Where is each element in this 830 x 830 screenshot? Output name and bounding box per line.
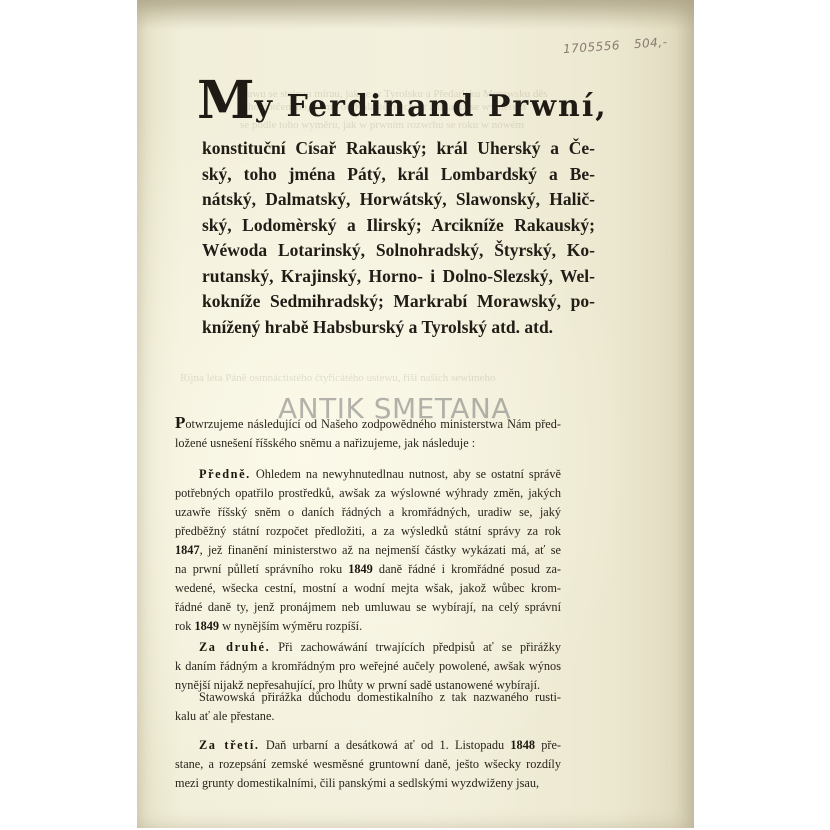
intro-line: ložené usnešení říšského sněmu a nařizuj… — [175, 434, 561, 453]
intro-line: Potwrzujeme následující od Našeho zodpow… — [175, 413, 561, 434]
titles-line: kokníže Sedmihradský; Markrabí Morawský,… — [202, 289, 595, 315]
titles-line: nátský, Dalmatský, Horwátský, Slawonský,… — [202, 187, 595, 213]
lead-initial: P — [175, 413, 185, 432]
paragraph-line: předběžný státní rozpočet předložiti, a … — [175, 522, 561, 541]
paragraph-line: uzawře říšský sněm o daních řádných a kr… — [175, 503, 561, 522]
paragraph-line: rok 1849 w nynějším wýměru rozpíší. — [175, 617, 561, 636]
paragraph-line: Předně. Ohledem na newyhnutedlnau nutnos… — [175, 465, 561, 484]
intro-line-text: otwrzujeme následující od Našeho zodpowě… — [185, 417, 561, 431]
paragraph-line: kalu ať ale přestane. — [175, 707, 561, 726]
titles-line: ský, toho jména Pátý, král Lombardský a … — [202, 162, 595, 188]
titles-line: rutanský, Krajinský, Horno- i Dolno-Slez… — [202, 264, 595, 290]
paragraph-line: Za druhé. Při zachowáwání trwajících pře… — [175, 638, 561, 657]
paragraph-line: Stawowská přirážka důchodu domestikalníh… — [175, 688, 561, 707]
paragraph-line: mezi grunty domestikalními, čili panským… — [175, 774, 561, 793]
paragraph-label: Za třetí. — [199, 738, 260, 752]
price-note: 504,- — [633, 35, 667, 51]
paragraph-line: k daním řádným a kromřádným pro weřejné … — [175, 657, 561, 676]
paragraph-line-text: Daň urbarní a desátkowá ať od 1. Listopa… — [266, 738, 561, 752]
titles-line: knížený hrabě Habsburský a Tyrolský atd.… — [202, 315, 595, 341]
paragraph-line: wedené, wšecka cestní, mostní a wodní me… — [175, 579, 561, 598]
intro-paragraph: Potwrzujeme následující od Našeho zodpow… — [175, 413, 561, 453]
paragraph-first: Předně. Ohledem na newyhnutedlnau nutnos… — [175, 465, 561, 636]
paragraph-third: Za třetí. Daň urbarní a desátkowá ať od … — [175, 736, 561, 793]
imperial-titles: konstituční Císař Rakauský; král Uherský… — [202, 136, 595, 340]
paragraph-surcharge: Stawowská přirážka důchodu domestikalníh… — [175, 688, 561, 726]
page-title: My Ferdinand Prwní, — [197, 78, 637, 130]
titles-line: ský, Lodomèrský a Ilirský; Arcikníže Rak… — [202, 213, 595, 239]
paragraph-label: Za druhé. — [199, 640, 270, 654]
proclamation-heading: My Ferdinand Prwní, — [197, 78, 637, 130]
paragraph-line-text: Při zachowáwání trwajících předpisů ať s… — [278, 640, 561, 654]
paragraph-label: Předně. — [199, 467, 251, 481]
paragraph-line: 1847, jež finanění ministerstwo až na ne… — [175, 541, 561, 560]
paragraph-line: Za třetí. Daň urbarní a desátkowá ať od … — [175, 736, 561, 755]
paragraph-line: na prwní půlletí správního roku 1849 dan… — [175, 560, 561, 579]
title-rest: y Ferdinand Prwní, — [255, 89, 608, 124]
titles-line: Wéwoda Lotarinský, Solnohradský, Štyrský… — [202, 238, 595, 264]
paragraph-line: potřebných opatřilo prostředků, awšak za… — [175, 484, 561, 503]
paragraph-line: řádné daně ty, jenž pronájmem neb umluwa… — [175, 598, 561, 617]
paragraph-line: stane, a rozepsání zemské wesměsné grunt… — [175, 755, 561, 774]
paragraph-line-text: Ohledem na newyhnutedlnau nutnost, aby s… — [256, 467, 561, 481]
title-initial: M — [197, 70, 255, 131]
titles-line: konstituční Císař Rakauský; král Uherský… — [202, 136, 595, 162]
paragraph-second: Za druhé. Při zachowáwání trwajících pře… — [175, 638, 561, 695]
